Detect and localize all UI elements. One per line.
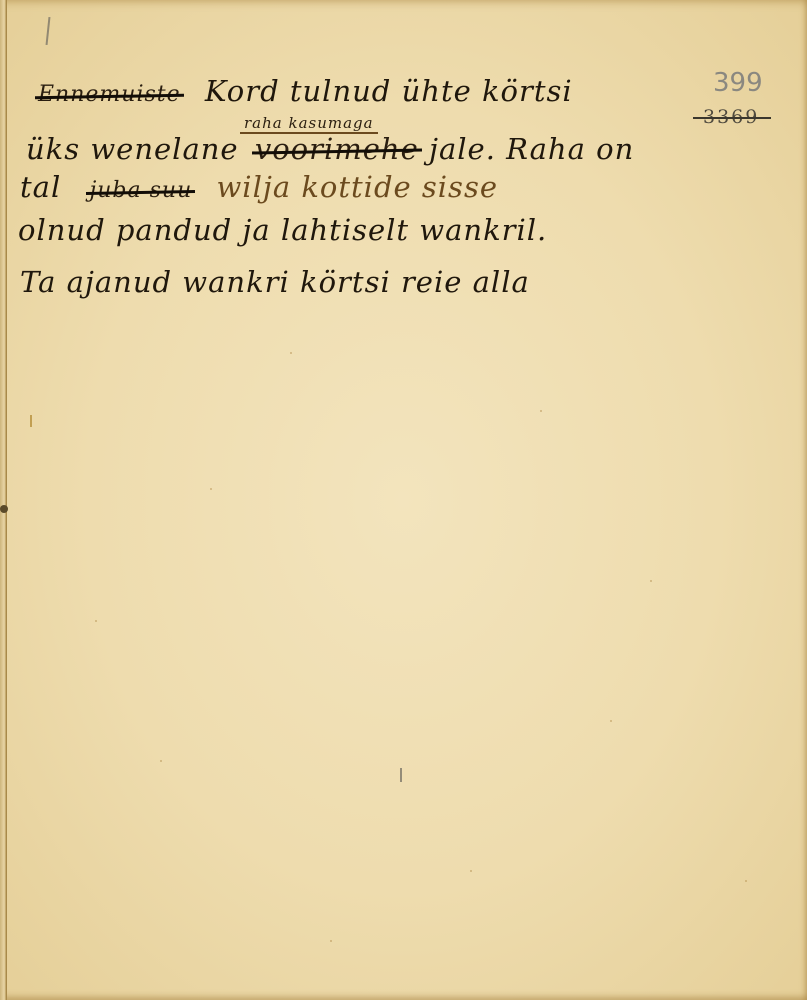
page-number-mark (46, 17, 51, 45)
text-line-2: üks wenelane voorimehe jale. Raha on (26, 132, 634, 166)
binding-edge (0, 0, 7, 1000)
struck-word: juba suu (89, 178, 192, 203)
text-line-1: Ennemuiste Kord tulnud ühte körtsi (38, 74, 573, 108)
manuscript-page: 399 3369 Ennemuiste Kord tulnud ühte kör… (0, 0, 807, 1000)
old-archive-number-crossed: 3369 (703, 106, 759, 128)
struck-word: Ennemuiste (38, 82, 181, 107)
line-text: jale. Raha on (429, 132, 634, 166)
text-line-3: tal juba suu wilja kottide sisse (20, 170, 498, 204)
inserted-text: raha kasumaga (240, 114, 378, 134)
struck-word: voorimehe (255, 132, 419, 166)
text-line-5: Ta ajanud wankri körtsi reie alla (20, 265, 530, 299)
line-text: wilja kottide sisse (216, 170, 498, 204)
pencil-tick (30, 415, 32, 427)
pencil-tick (400, 768, 402, 782)
line-text: üks wenelane (26, 132, 239, 166)
line-text: Kord tulnud ühte körtsi (205, 74, 573, 108)
archive-number: 399 (713, 68, 763, 98)
binding-hole (0, 505, 8, 513)
text-line-4: olnud pandud ja lahtiselt wankril. (18, 213, 547, 247)
line-text: tal (20, 170, 61, 204)
